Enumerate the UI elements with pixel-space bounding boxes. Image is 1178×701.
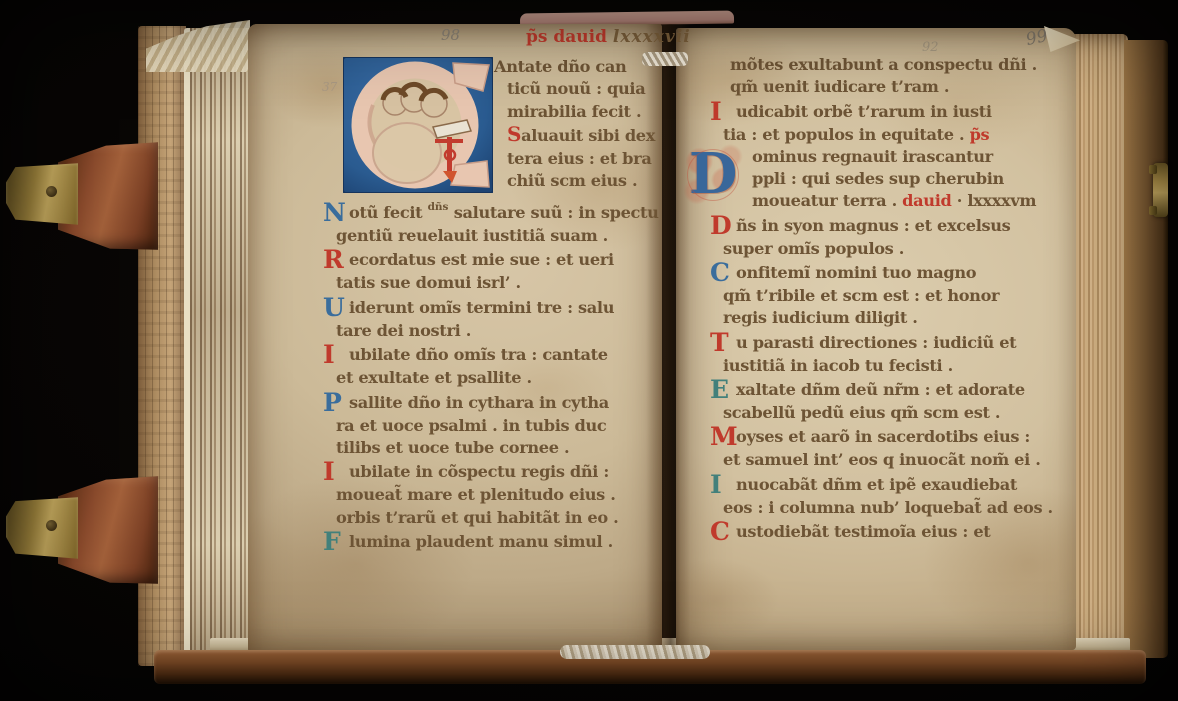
verse: Recordatus est mie sue : et ueritatis su… xyxy=(323,247,671,294)
text-segment: super omĩs populos . xyxy=(723,239,904,258)
verse-line: ticũ nouũ : quia xyxy=(494,78,670,100)
brass-clasp xyxy=(6,496,78,560)
verse: Iudicabit orbẽ t’rarum in iustitia : et … xyxy=(710,99,1076,146)
text-segment: ecordatus est mie sue : et ueri xyxy=(349,250,614,269)
text-segment: tatis sue domui isrl’ . xyxy=(336,273,521,292)
verse-line: Moyses et aarõ in sacerdotibs eius : xyxy=(710,424,1076,449)
fore-edge-right xyxy=(1072,34,1128,656)
ornate-initial-D: D xyxy=(682,144,744,206)
verse-line: tilibs et uoce tube cornee . xyxy=(323,437,671,459)
verse-line: qm̃ uenit iudicare t’ram . xyxy=(710,76,1076,98)
verse: Custodiebãt testimoĩa eius : et xyxy=(710,519,1076,544)
right-page-text: 92 99 mõtes exultabunt a conspectu dñi .… xyxy=(676,28,1076,650)
versal-initial: P xyxy=(323,390,349,415)
text-segment: onfitemĩ nomini tuo magno xyxy=(736,263,976,282)
verse-line: Iubilate dño omĩs tra : cantate xyxy=(323,342,671,367)
text-segment: scabellũ pedũ eius qm̃ scm est . xyxy=(723,403,1000,422)
verse: Psallite dño in cythara in cythara et uo… xyxy=(323,390,671,460)
leather-strap-lower xyxy=(6,470,156,592)
verse-line: Recordatus est mie sue : et ueri xyxy=(323,247,671,272)
verse-line: Tu parasti directiones : iudiciũ et xyxy=(710,330,1076,355)
text-segment: ustodiebãt testimoĩa eius : et xyxy=(736,522,990,541)
verse-line: ominus regnauit irascantur xyxy=(710,146,1076,168)
text-segment: iustitiã in iacob tu fecisti . xyxy=(723,356,953,375)
text-segment: S xyxy=(507,122,521,146)
text-segment: et samuel int’ eos q inuocãt nom̃ ei . xyxy=(723,450,1041,469)
versal-initial: C xyxy=(710,260,736,285)
leather-strap-upper xyxy=(6,136,156,258)
text-segment: regis iudicium diligit . xyxy=(723,308,918,327)
text-segment: otũ fecit xyxy=(349,203,428,222)
left-page-text: 98 37 p̃s dauid lxxxxvii xyxy=(248,24,662,652)
verse-line: Confitemĩ nomini tuo magno xyxy=(710,260,1076,285)
verse: Uiderunt omĩs termini tre : salutare dei… xyxy=(323,295,671,342)
verse-line: regis iudicium diligit . xyxy=(710,307,1076,329)
right-page-verses: mõtes exultabunt a conspectu dñi .qm̃ ue… xyxy=(710,54,1076,544)
versal-initial: T xyxy=(710,330,736,355)
verse-line: Inuocabãt dñm et ipẽ exaudiebat xyxy=(710,472,1076,497)
verse: Confitemĩ nomini tuo magnoqm̃ t’ribile e… xyxy=(710,260,1076,330)
verse: mõtes exultabunt a conspectu dñi .qm̃ ue… xyxy=(710,54,1076,99)
versal-initial: I xyxy=(323,342,349,367)
rubric-ps-david: p̃s dauid xyxy=(526,27,607,47)
text-segment: aluauit sibi dex xyxy=(521,126,655,145)
verse-line: Uiderunt omĩs termini tre : salu xyxy=(323,295,671,320)
text-segment: oyses et aarõ in sacerdotibs eius : xyxy=(736,427,1030,446)
clasp-rivet xyxy=(46,186,57,197)
page-stack-left xyxy=(184,28,256,658)
text-segment: ubilate dño omĩs tra : cantate xyxy=(349,345,608,364)
verse-line: mõtes exultabunt a conspectu dñi . xyxy=(710,54,1076,76)
verse-line: tatis sue domui isrl’ . xyxy=(323,272,671,294)
verse-line: Dñs in syon magnus : et excelsus xyxy=(710,213,1076,238)
text-segment: ppli : qui sedes sup cherubin xyxy=(752,169,1004,188)
right-board-edge xyxy=(1124,40,1168,658)
folio-number-98: 98 xyxy=(441,26,460,44)
text-segment: dñs xyxy=(428,201,449,213)
verse: Flumina plaudent manu simul . xyxy=(323,529,671,554)
text-segment: xaltate dñm deũ nr̃m : et adorate xyxy=(736,380,1025,399)
verse: Iubilate dño omĩs tra : cantateet exulta… xyxy=(323,342,671,389)
text-segment: nuocabãt dñm et ipẽ exaudiebat xyxy=(736,475,1017,494)
text-segment: et exultate et psallite . xyxy=(336,368,532,387)
verse-line: tare dei nostri . xyxy=(323,320,671,342)
verse: Tu parasti directiones : iudiciũ etiusti… xyxy=(710,330,1076,377)
margin-number-37: 37 xyxy=(322,80,337,94)
verse-line: Custodiebãt testimoĩa eius : et xyxy=(710,519,1076,544)
verse-line: Psallite dño in cythara in cytha xyxy=(323,390,671,415)
folio-number-99: 99 xyxy=(1024,26,1049,50)
text-segment: ra et uoce psalmi . in tubis duc xyxy=(336,416,606,435)
verse-line: super omĩs populos . xyxy=(710,238,1076,260)
verse-line: et samuel int’ eos q inuocãt nom̃ ei . xyxy=(710,449,1076,471)
psalm-rubric: p̃s dauid lxxxxvii xyxy=(526,27,691,47)
brass-clasp xyxy=(6,162,78,226)
text-segment: eos : i columna nub’ loquebat̃ ad eos . xyxy=(723,498,1053,517)
ornate-initial-letter: D xyxy=(689,141,737,207)
verse: Exaltate dñm deũ nr̃m : et adoratescabel… xyxy=(710,377,1076,424)
verse-line: Iubilate in cõspectu regis dñi : xyxy=(323,459,671,484)
verse-line: ppli : qui sedes sup cherubin xyxy=(710,168,1076,190)
text-segment: tera eius : et bra xyxy=(507,149,651,168)
text-segment: moueat̃ mare et plenitudo eius . xyxy=(336,485,616,504)
text-segment: gentiũ reuelauit iustitiã suam . xyxy=(336,226,608,245)
left-page-verses: Notũ fecit dñs salutare suũ : in spectug… xyxy=(323,196,671,554)
verse-line: Notũ fecit dñs salutare suũ : in spectu xyxy=(323,196,671,225)
verse-line: et exultate et psallite . xyxy=(323,367,671,389)
text-segment: · lxxxxvm xyxy=(951,191,1036,210)
text-segment: p̃s xyxy=(970,125,990,144)
versal-initial: F xyxy=(323,529,349,554)
text-segment: u parasti directiones : iudiciũ et xyxy=(736,333,1016,352)
verse-line: gentiũ reuelauit iustitiã suam . xyxy=(323,225,671,247)
verse-line: moueatur terra . dauid · lxxxxvm xyxy=(710,190,1076,212)
versal-initial: I xyxy=(710,472,736,497)
text-segment: udicabit orbẽ t’rarum in iusti xyxy=(736,102,992,121)
text-segment: orbis t’rarũ et qui habitãt in eo . xyxy=(336,508,618,527)
text-segment: qm̃ uenit iudicare t’ram . xyxy=(730,77,949,96)
verse-line: iustitiã in iacob tu fecisti . xyxy=(710,355,1076,377)
text-segment: tia : et populos in equitate . xyxy=(723,125,970,144)
text-segment: salutare suũ : in spectu xyxy=(448,203,658,222)
text-segment: Antate dño can xyxy=(494,57,626,76)
text-segment: sallite dño in cythara in cytha xyxy=(349,393,609,412)
text-segment: mõtes exultabunt a conspectu dñi . xyxy=(730,55,1037,74)
verse-line: Iudicabit orbẽ t’rarum in iusti xyxy=(710,99,1076,124)
versal-initial: R xyxy=(323,247,349,272)
headband-chevron xyxy=(642,52,688,66)
manuscript-photo: 98 37 p̃s dauid lxxxxvii xyxy=(0,0,1178,701)
versal-initial: I xyxy=(323,459,349,484)
text-segment: qm̃ t’ribile et scm est : et honor xyxy=(723,286,999,305)
psalm-opening-lines: Antate dño canticũ nouũ : quiamirabilia … xyxy=(494,56,670,192)
verse-line: Flumina plaudent manu simul . xyxy=(323,529,671,554)
verse-line: tera eius : et bra xyxy=(494,148,670,170)
text-segment: ubilate in cõspectu regis dñi : xyxy=(349,462,609,481)
verse: Moyses et aarõ in sacerdotibs eius :et s… xyxy=(710,424,1076,471)
verse-line: Saluauit sibi dex xyxy=(494,123,670,147)
text-segment: dauid xyxy=(902,191,951,210)
brass-catch xyxy=(1153,163,1168,217)
versal-initial: D xyxy=(710,213,736,238)
text-segment: ticũ nouũ : quia xyxy=(507,79,645,98)
verse-line: scabellũ pedũ eius qm̃ scm est . xyxy=(710,402,1076,424)
verse-line: chiũ scm eius . xyxy=(494,170,670,192)
faint-number-92: 92 xyxy=(922,40,939,55)
verse-line: eos : i columna nub’ loquebat̃ ad eos . xyxy=(710,497,1076,519)
versal-initial: I xyxy=(710,99,736,124)
versal-initial: U xyxy=(323,295,349,320)
versal-initial: E xyxy=(710,377,736,402)
verse: Inuocabãt dñm et ipẽ exaudiebateos : i c… xyxy=(710,472,1076,519)
verse: Antate dño canticũ nouũ : quiamirabilia … xyxy=(494,56,670,192)
versal-initial: M xyxy=(710,424,736,449)
verse: Notũ fecit dñs salutare suũ : in spectug… xyxy=(323,196,671,247)
verse: Dñs in syon magnus : et excelsussuper om… xyxy=(710,213,1076,260)
text-segment: mirabilia fecit . xyxy=(507,102,641,121)
verse-line: orbis t’rarũ et qui habitãt in eo . xyxy=(323,507,671,529)
text-segment: ominus regnauit irascantur xyxy=(752,147,993,166)
verse-line: qm̃ t’ribile et scm est : et honor xyxy=(710,285,1076,307)
versal-initial: C xyxy=(710,519,736,544)
verse: Iubilate in cõspectu regis dñi :moueat̃ … xyxy=(323,459,671,529)
text-segment: moueatur terra . xyxy=(752,191,902,210)
verse-line: Exaltate dñm deũ nr̃m : et adorate xyxy=(710,377,1076,402)
verse: Dominus regnauit irascanturppli : qui se… xyxy=(710,146,1076,213)
text-segment: iderunt omĩs termini tre : salu xyxy=(349,298,614,317)
text-segment: lumina plaudent manu simul . xyxy=(349,532,613,551)
initial-C-illustration xyxy=(343,57,493,193)
clasp-rivet xyxy=(46,520,57,531)
verse-line: moueat̃ mare et plenitudo eius . xyxy=(323,484,671,506)
text-segment: tilibs et uoce tube cornee . xyxy=(336,438,569,457)
versal-initial: N xyxy=(323,200,349,225)
verse-line: mirabilia fecit . xyxy=(494,101,670,123)
text-segment: tare dei nostri . xyxy=(336,321,471,340)
verse-line: ra et uoce psalmi . in tubis duc xyxy=(323,415,671,437)
verse-line: tia : et populos in equitate . p̃s xyxy=(710,124,1076,146)
text-segment: ñs in syon magnus : et excelsus xyxy=(736,216,1010,235)
text-segment: chiũ scm eius . xyxy=(507,171,637,190)
historiated-initial-C xyxy=(343,57,493,193)
